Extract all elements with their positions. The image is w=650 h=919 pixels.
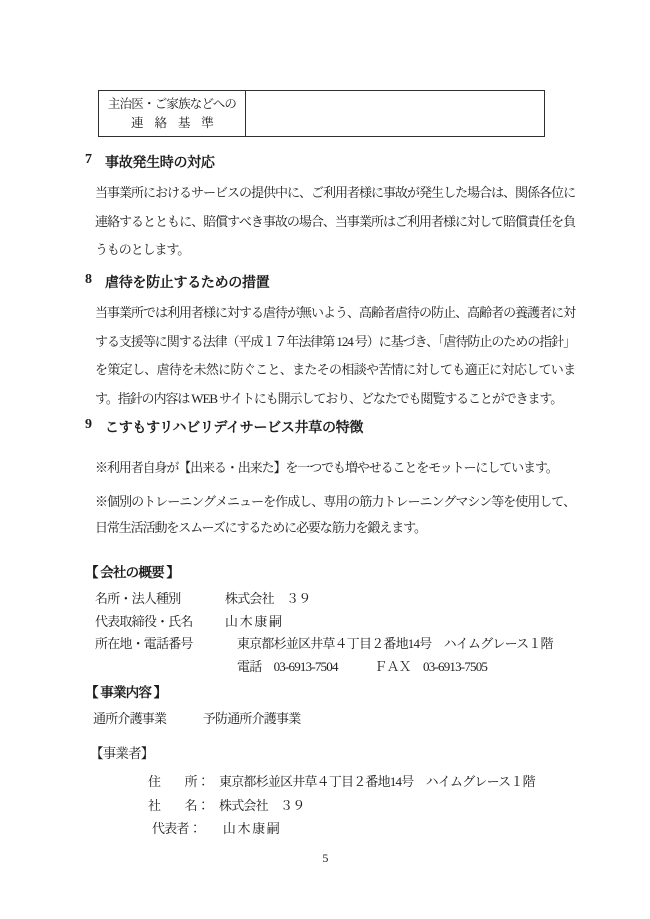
section-7-body: 当事業所におけるサービスの提供中に、ご利用者様に事故が発生した場合は、関係各位に… <box>95 179 575 265</box>
section-abuse-prevention: 8 虐待を防止するための措置 当事業所では利用者様に対する虐待が無いよう、高齢者… <box>85 272 577 413</box>
company-name-type-label: 名所・法人種別 <box>95 588 225 611</box>
section-service-features: 9 こすもすリハビリデイサービス井草の特徴 ※利用者自身が【出来る・出来た】を一… <box>85 417 577 541</box>
provider-company-name-label: 社 名： <box>148 794 209 818</box>
contact-criteria-table: 主治医・ご家族などへの 連 絡 基 準 <box>98 90 545 137</box>
provider-representative-value: 山 木 康 嗣 <box>223 817 279 841</box>
company-name-type-value: 株式会社 ３９ <box>225 588 310 611</box>
provider-heading: 【事業者】 <box>90 742 577 762</box>
company-address-phone-value: 東京都杉並区井草４丁目２番地14号 ハイムグレース１階 電話 03-6913-7… <box>225 633 553 678</box>
provider-row-address: 住 所： 東京都杉並区井草４丁目２番地14号 ハイムグレース１階 <box>148 770 577 794</box>
section-8-title: 虐待を防止するための措置 <box>105 272 269 292</box>
business-content-heading: 【 事業内容 】 <box>85 681 577 701</box>
company-overview-block: 【 会社の概要 】 名所・法人種別 株式会社 ３９ 代表取締役・氏名 山 木 康… <box>85 561 577 678</box>
provider-rows: 住 所： 東京都杉並区井草４丁目２番地14号 ハイムグレース１階 社 名： 株式… <box>148 770 577 841</box>
provider-representative-label: 代表者： <box>152 817 201 841</box>
company-overview-heading: 【 会社の概要 】 <box>85 561 577 581</box>
contact-criteria-label-cell: 主治医・ご家族などへの 連 絡 基 準 <box>99 91 246 136</box>
company-representative-label: 代表取締役・氏名 <box>95 611 225 634</box>
provider-row-company-name: 社 名： 株式会社 ３９ <box>148 794 577 818</box>
company-representative-value: 山 木 康 嗣 <box>225 611 281 634</box>
company-phone-fax-line: 電話 03-6913-7504 ＦＡＸ 03-6913-7505 <box>237 656 553 679</box>
company-address-line: 東京都杉並区井草４丁目２番地14号 ハイムグレース１階 <box>237 633 553 656</box>
section-9-number: 9 <box>85 417 105 437</box>
section-8-number: 8 <box>85 272 105 292</box>
section-9-heading: 9 こすもすリハビリデイサービス井草の特徴 <box>85 417 577 437</box>
provider-address-value: 東京都杉並区井草４丁目２番地14号 ハイムグレース１階 <box>219 770 535 794</box>
section-7-title: 事故発生時の対応 <box>105 152 215 172</box>
contact-criteria-value-cell <box>246 91 544 136</box>
section-7-heading: 7 事故発生時の対応 <box>85 152 577 172</box>
business-content-block: 【 事業内容 】 通所介護事業 予防通所介護事業 <box>85 681 577 730</box>
company-row-name-type: 名所・法人種別 株式会社 ３９ <box>95 588 577 611</box>
section-9-note-training: ※個別のトレーニングメニューを作成し、専用の筋力トレーニングマシン等を使用して、… <box>95 489 575 541</box>
company-row-address-phone: 所在地・電話番号 東京都杉並区井草４丁目２番地14号 ハイムグレース１階 電話 … <box>95 633 577 678</box>
page-number: 5 <box>0 851 650 866</box>
company-row-representative: 代表取締役・氏名 山 木 康 嗣 <box>95 611 577 634</box>
contact-criteria-label-line2: 連 絡 基 準 <box>131 114 213 133</box>
provider-address-label: 住 所： <box>148 770 209 794</box>
section-9-title: こすもすリハビリデイサービス井草の特徴 <box>105 417 363 437</box>
section-9-note-motto: ※利用者自身が【出来る・出来た】を一つでも増やせることをモットーにしています。 <box>95 455 575 481</box>
business-content-items: 通所介護事業 予防通所介護事業 <box>93 708 577 730</box>
section-7-number: 7 <box>85 152 105 172</box>
section-8-heading: 8 虐待を防止するための措置 <box>85 272 577 292</box>
section-8-body: 当事業所では利用者様に対する虐待が無いよう、高齢者虐待の防止、高齢者の養護者に対… <box>95 299 575 413</box>
contact-criteria-label-line1: 主治医・ご家族などへの <box>108 95 236 114</box>
section-accident-response: 7 事故発生時の対応 当事業所におけるサービスの提供中に、ご利用者様に事故が発生… <box>85 152 577 265</box>
document-page: 主治医・ご家族などへの 連 絡 基 準 7 事故発生時の対応 当事業所におけるサ… <box>0 0 650 919</box>
company-address-phone-label: 所在地・電話番号 <box>95 633 225 678</box>
provider-row-representative: 代表者： 山 木 康 嗣 <box>148 817 577 841</box>
provider-block: 【事業者】 住 所： 東京都杉並区井草４丁目２番地14号 ハイムグレース１階 社… <box>85 742 577 841</box>
company-overview-rows: 名所・法人種別 株式会社 ３９ 代表取締役・氏名 山 木 康 嗣 所在地・電話番… <box>95 588 577 678</box>
provider-company-name-value: 株式会社 ３９ <box>219 794 304 818</box>
